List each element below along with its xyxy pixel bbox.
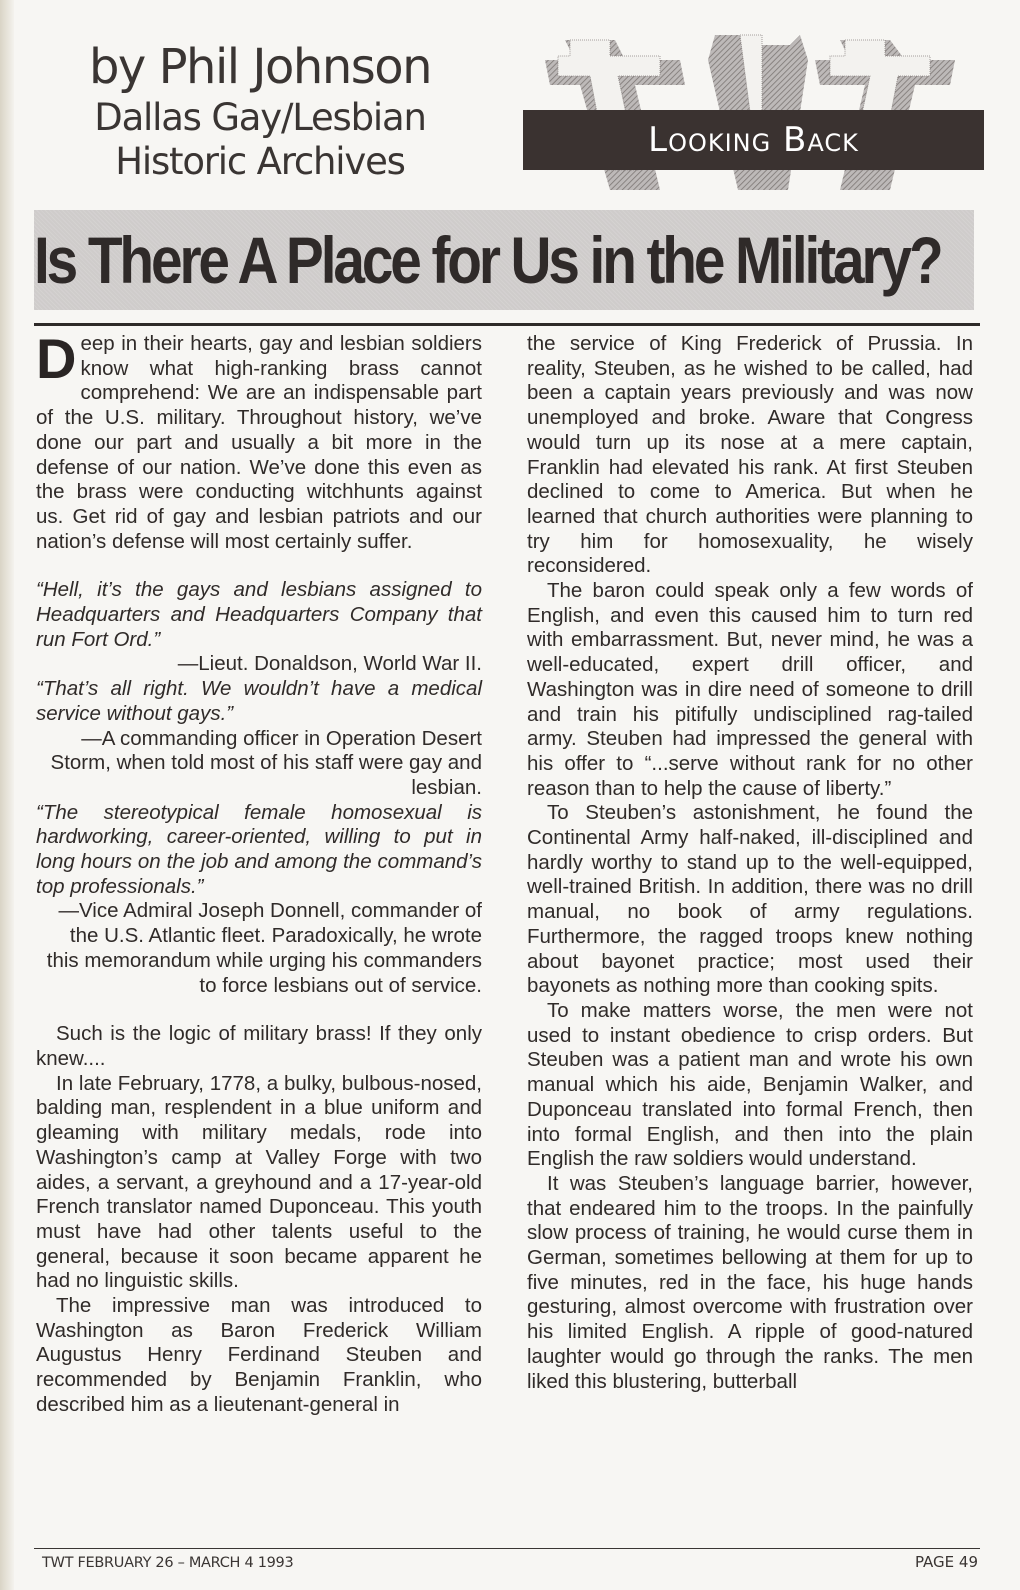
body-paragraph: To Steuben’s astonishment, he found the …	[527, 801, 973, 999]
article-headline: Is There A Place for Us in the Military?	[34, 212, 846, 308]
body-paragraph: It was Steuben’s language barrier, howev…	[527, 1172, 973, 1394]
twt-looking-back-logo: Looking Back	[510, 30, 980, 200]
drop-cap: D	[36, 336, 76, 382]
quote-text: “The stereotypical female homosexual is …	[36, 801, 482, 900]
body-paragraph: The impressive man was introduced to Was…	[36, 1294, 482, 1418]
quote-attribution: —A commanding officer in Operation Deser…	[36, 727, 482, 801]
quote-attribution: —Vice Admiral Joseph Donnell, commander …	[36, 899, 482, 998]
section-banner: Looking Back	[523, 110, 984, 170]
article-column-right: the service of King Frederick of Prussia…	[527, 332, 973, 1394]
body-paragraph: Such is the logic of military brass! If …	[36, 1022, 482, 1071]
issue-date: TWT FEBRUARY 26 – MARCH 4 1993	[42, 1555, 293, 1571]
top-rule	[34, 323, 980, 326]
body-paragraph: the service of King Frederick of Prussia…	[527, 332, 973, 579]
author-org-line-2: Historic Archives	[40, 140, 480, 184]
body-paragraph: The baron could speak only a few words o…	[527, 579, 973, 801]
section-title: Looking Back	[648, 120, 859, 160]
article-column-left: Deep in their hearts, gay and lesbian so…	[36, 332, 482, 1418]
quote-text: “That’s all right. We wouldn’t have a me…	[36, 677, 482, 726]
author-name: by Phil Johnson	[40, 38, 480, 96]
bottom-rule	[34, 1548, 980, 1549]
author-org-line-1: Dallas Gay/Lesbian	[40, 96, 480, 140]
quote-text: “Hell, it’s the gays and lesbians assign…	[36, 578, 482, 652]
spacer	[36, 998, 482, 1022]
quote-attribution: —Lieut. Donaldson, World War II.	[36, 652, 482, 677]
byline: by Phil Johnson Dallas Gay/Lesbian Histo…	[40, 38, 480, 184]
magazine-page: by Phil Johnson Dallas Gay/Lesbian Histo…	[0, 0, 1020, 1590]
body-paragraph: In late February, 1778, a bulky, bulbous…	[36, 1072, 482, 1294]
intro-paragraph: Deep in their hearts, gay and lesbian so…	[36, 332, 482, 554]
spacer	[36, 554, 482, 578]
body-paragraph: To make matters worse, the men were not …	[527, 999, 973, 1172]
page-number: PAGE 49	[915, 1553, 978, 1571]
